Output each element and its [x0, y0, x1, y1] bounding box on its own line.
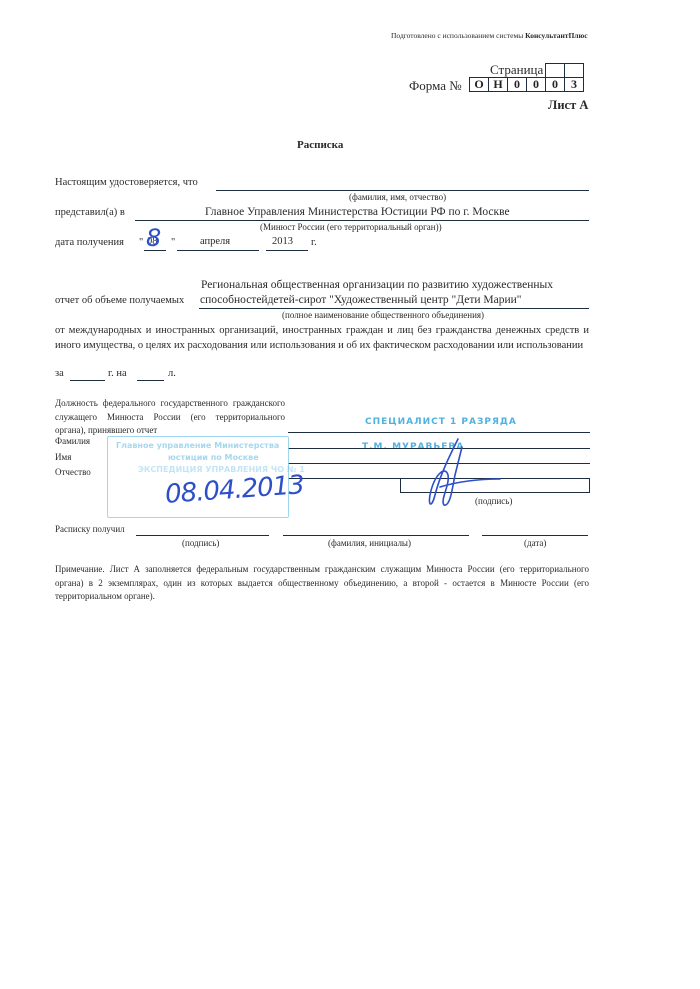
- org-name-line: [199, 308, 589, 309]
- form-cell-2: Н: [488, 77, 508, 92]
- form-cell-5: 0: [545, 77, 565, 92]
- quote-close: ": [171, 237, 175, 248]
- received-date-line[interactable]: [482, 535, 588, 536]
- certify-caption: (фамилия, имя, отчество): [349, 192, 446, 202]
- submitted-to-label: представил(а) в: [55, 207, 125, 218]
- patronymic-label: Отчество: [55, 467, 91, 477]
- receipt-year-suffix: г.: [311, 237, 317, 248]
- received-signature-caption: (подпись): [182, 538, 219, 548]
- org-name-line2: способностейдетей-сирот "Художественный …: [200, 294, 521, 306]
- submitted-to-line: [135, 220, 589, 221]
- page-label: Страница: [490, 62, 543, 78]
- page-cell-1[interactable]: [545, 63, 565, 78]
- surname-label: Фамилия: [55, 436, 90, 446]
- quote-open: ": [139, 237, 143, 248]
- submitted-to-value: Главное Управления Министерства Юстиции …: [205, 206, 510, 218]
- official-position-stamp: СПЕЦИАЛИСТ 1 РАЗРЯДА: [365, 417, 517, 427]
- page-title: Расписка: [297, 139, 343, 151]
- certify-field-line[interactable]: [216, 190, 589, 191]
- period-prefix: за: [55, 368, 64, 379]
- form-label: Форма №: [409, 78, 462, 94]
- name-label: Имя: [55, 452, 71, 462]
- received-name-caption: (фамилия, инициалы): [328, 538, 411, 548]
- prepared-note-prefix: Подготовлено с использованием системы: [391, 31, 525, 40]
- form-cell-1: О: [469, 77, 489, 92]
- receipt-year-line: [266, 250, 308, 251]
- receipt-date-label: дата получения: [55, 237, 124, 248]
- form-cell-6: 3: [564, 77, 584, 92]
- handwritten-day: 8: [146, 224, 161, 252]
- receipt-year: 2013: [272, 236, 293, 247]
- position-line: [288, 432, 590, 433]
- form-cell-3: 0: [507, 77, 527, 92]
- period-year-field[interactable]: [70, 380, 105, 381]
- org-name-line1: Региональная общественная организации по…: [201, 279, 553, 291]
- prepared-note: Подготовлено с использованием системы Ко…: [391, 31, 588, 40]
- received-name-line[interactable]: [283, 535, 469, 536]
- signature-scribble-icon: [400, 435, 510, 515]
- footnote: Примечание. Лист А заполняется федеральн…: [55, 563, 589, 604]
- submitted-to-caption: (Минюст России (его территориальный орга…: [260, 222, 442, 232]
- org-name-caption: (полное наименование общественного объед…: [282, 310, 484, 320]
- period-year-suffix: г. на: [108, 368, 127, 379]
- stamp-line1: Главное управление Министерства: [116, 441, 279, 450]
- form-cell-4: 0: [526, 77, 546, 92]
- received-date-caption: (дата): [524, 538, 546, 548]
- receipt-month-line: [177, 250, 259, 251]
- sheet-label: Лист А: [548, 98, 588, 113]
- period-sheets-suffix: л.: [168, 368, 176, 379]
- official-position-label: Должность федерального государственного …: [55, 397, 285, 438]
- page-cell-2[interactable]: [564, 63, 584, 78]
- certify-label: Настоящим удостоверяется, что: [55, 177, 198, 188]
- prepared-note-brand: КонсультантПлюс: [525, 31, 587, 40]
- report-label: отчет об объеме получаемых: [55, 295, 184, 306]
- stamp-line2: юстиции по Москве: [168, 453, 259, 462]
- received-signature-line[interactable]: [136, 535, 269, 536]
- period-sheets-field[interactable]: [137, 380, 164, 381]
- receipt-month: апреля: [200, 236, 230, 247]
- received-by-label: Расписку получил: [55, 524, 125, 534]
- report-body: от международных и иностранных организац…: [55, 323, 589, 353]
